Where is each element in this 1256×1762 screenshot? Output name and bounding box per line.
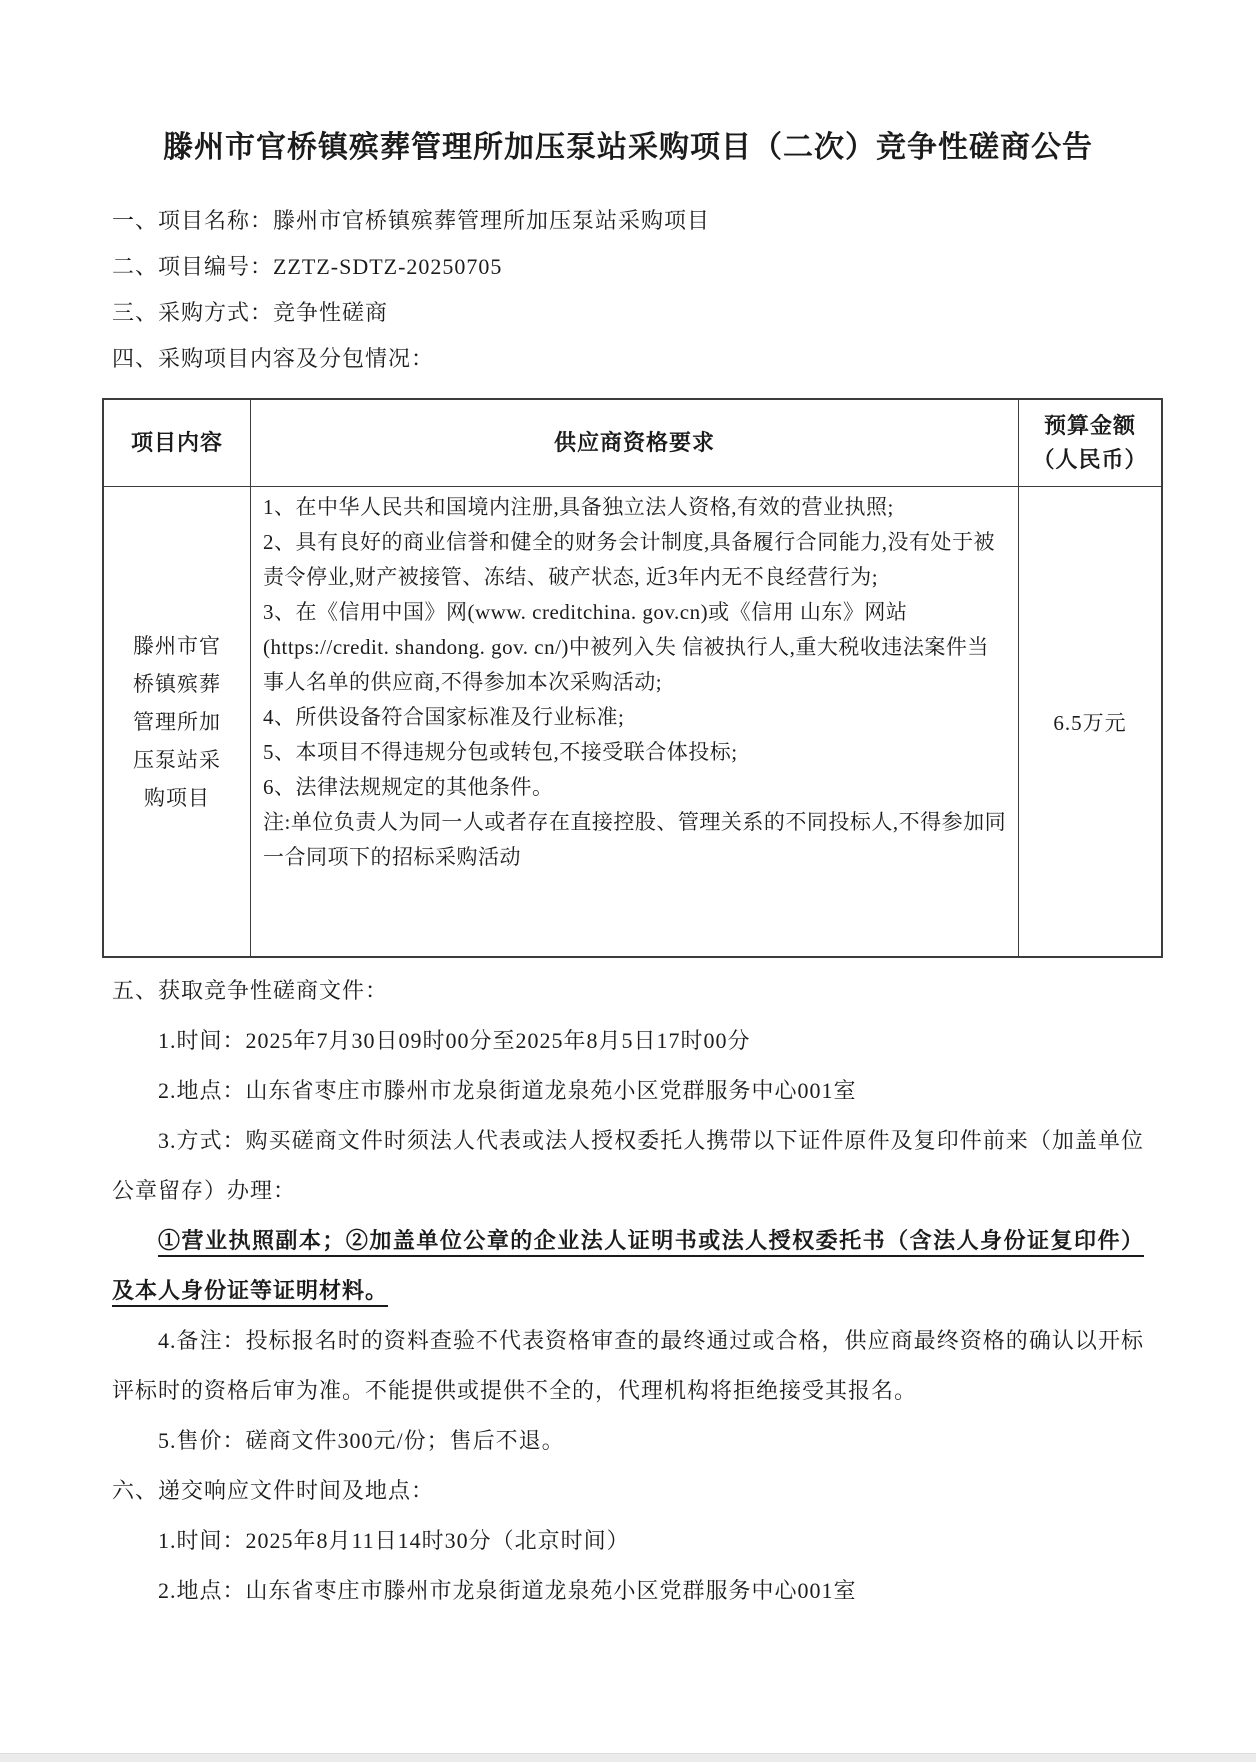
viewer-bottom-bar xyxy=(0,1753,1256,1762)
requirement-line: 2、具有良好的商业信誉和健全的财务会计制度,具备履行合同能力,没有处于被责令停业… xyxy=(263,525,1008,595)
procurement-method-line: 三、采购方式：竞争性磋商 xyxy=(112,290,1144,336)
requirement-line: 3、在《信用中国》网(www. creditchina. gov.cn)或《信用… xyxy=(263,595,1008,700)
requirement-line: 1、在中华人民共和国境内注册,具备独立法人资格,有效的营业执照; xyxy=(263,490,1008,525)
requirement-line: 6、法律法规规定的其他条件。 xyxy=(263,770,1008,805)
procurement-content-table: 项目内容 供应商资格要求 预算金额 （人民币） 滕州市官桥镇殡葬管理所加压泵站采… xyxy=(102,398,1163,958)
doc-obtain-time-line: 1.时间：2025年7月30日09时00分至2025年8月5日17时00分 xyxy=(112,1016,1144,1066)
requirement-line: 5、本项目不得违规分包或转包,不接受联合体投标; xyxy=(263,735,1008,770)
section-four-heading: 四、采购项目内容及分包情况： xyxy=(112,336,1144,382)
project-content-cell: 滕州市官桥镇殡葬管理所加压泵站采购项目 xyxy=(103,487,251,958)
header-budget-amount: 预算金额 （人民币） xyxy=(1019,399,1163,487)
page-title: 滕州市官桥镇殡葬管理所加压泵站采购项目（二次）竞争性磋商公告 xyxy=(112,125,1144,171)
doc-price-line: 5.售价：磋商文件300元/份；售后不退。 xyxy=(112,1416,1144,1466)
response-place-line: 2.地点：山东省枣庄市滕州市龙泉街道龙泉苑小区党群服务中心001室 xyxy=(112,1566,1144,1616)
table-row: 滕州市官桥镇殡葬管理所加压泵站采购项目 1、在中华人民共和国境内注册,具备独立法… xyxy=(103,487,1162,958)
project-number-line: 二、项目编号：ZZTZ-SDTZ-20250705 xyxy=(112,244,1144,290)
section-six-heading: 六、递交响应文件时间及地点： xyxy=(112,1466,1144,1516)
document-page: 滕州市官桥镇殡葬管理所加压泵站采购项目（二次）竞争性磋商公告 一、项目名称：滕州… xyxy=(0,0,1256,1762)
certificates-required-note: ①营业执照副本；②加盖单位公章的企业法人证明书或法人授权委托书（含法人身份证复印… xyxy=(112,1216,1144,1316)
header-project-content: 项目内容 xyxy=(103,399,251,487)
doc-remark-line: 4.备注：投标报名时的资料查验不代表资格审查的最终通过或合格，供应商最终资格的确… xyxy=(112,1316,1144,1416)
requirement-line: 注:单位负责人为同一人或者存在直接控股、管理关系的不同投标人,不得参加同一合同项… xyxy=(263,805,1008,875)
header-supplier-requirements: 供应商资格要求 xyxy=(251,399,1019,487)
header-budget-line1: 预算金额 xyxy=(1020,409,1160,443)
doc-obtain-place-line: 2.地点：山东省枣庄市滕州市龙泉街道龙泉苑小区党群服务中心001室 xyxy=(112,1066,1144,1116)
doc-obtain-method-line: 3.方式：购买磋商文件时须法人代表或法人授权委托人携带以下证件原件及复印件前来（… xyxy=(112,1116,1144,1216)
requirement-line: 4、所供设备符合国家标准及行业标准; xyxy=(263,700,1008,735)
supplier-requirements-cell: 1、在中华人民共和国境内注册,具备独立法人资格,有效的营业执照; 2、具有良好的… xyxy=(251,487,1019,958)
response-time-line: 1.时间：2025年8月11日14时30分（北京时间） xyxy=(112,1516,1144,1566)
announcement-document: 滕州市官桥镇殡葬管理所加压泵站采购项目（二次）竞争性磋商公告 一、项目名称：滕州… xyxy=(0,125,1256,1616)
budget-amount-cell: 6.5万元 xyxy=(1019,487,1163,958)
table-header-row: 项目内容 供应商资格要求 预算金额 （人民币） xyxy=(103,399,1162,487)
section-five-heading: 五、获取竞争性磋商文件： xyxy=(112,966,1144,1016)
header-budget-line2: （人民币） xyxy=(1020,443,1160,477)
project-name-line: 一、项目名称：滕州市官桥镇殡葬管理所加压泵站采购项目 xyxy=(112,198,1144,244)
